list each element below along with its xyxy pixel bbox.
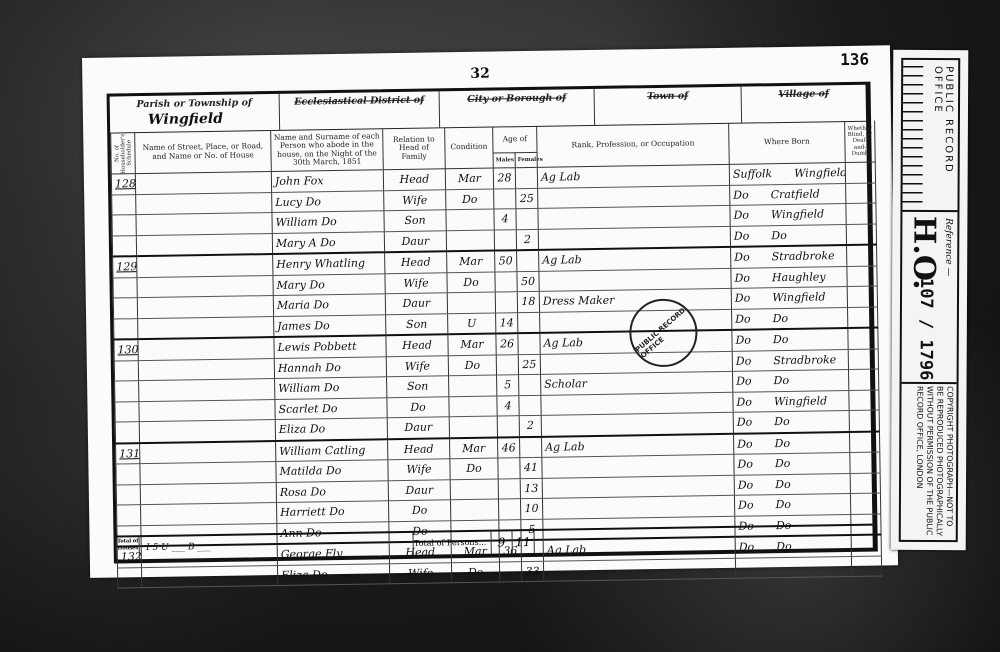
city-label: City or Borough of: [440, 89, 596, 127]
female-age: 25: [516, 188, 538, 209]
born-county: Do: [735, 334, 751, 347]
born-county: Do: [737, 437, 753, 450]
male-age: 4: [497, 395, 519, 416]
born-place: Do: [775, 457, 791, 470]
blind-cell: [846, 224, 876, 245]
born-county: Do: [734, 251, 750, 264]
occupation: [543, 558, 735, 582]
female-age: [517, 250, 539, 271]
person-name: Lewis Pobbett: [274, 335, 386, 358]
where-born: DoStradbroke: [732, 349, 848, 371]
born-place: Do: [774, 437, 790, 450]
col-street: Name of Street, Place, or Road, and Name…: [135, 130, 272, 174]
total-females: 11: [512, 531, 534, 553]
street-cell: [139, 399, 275, 422]
census-sheet: Parish or Township of Wingfield Ecclesia…: [107, 82, 878, 564]
occupation: Ag Lab: [539, 247, 731, 271]
born-place: Haughley: [772, 270, 826, 284]
relation: Son: [386, 313, 448, 335]
relation: Head: [383, 169, 445, 190]
person-name: Hannah Do: [274, 356, 386, 378]
street-cell: [138, 316, 274, 339]
blind-cell: [850, 452, 880, 473]
female-age: [520, 436, 542, 457]
street-cell: [137, 275, 273, 298]
where-born: DoWingfield: [730, 204, 846, 226]
occupation: [541, 412, 733, 436]
where-born: DoWingfield: [731, 287, 847, 309]
relation: Head: [385, 251, 447, 273]
census-table: No. of Householder's Schedule Name of St…: [110, 121, 882, 589]
male-age: [497, 416, 519, 437]
born-county: Do: [733, 209, 749, 222]
street-cell: [135, 172, 271, 195]
male-age: [494, 188, 516, 209]
blind-cell: [847, 286, 877, 307]
street-cell: [137, 296, 273, 319]
where-born: DoDo: [733, 431, 849, 454]
born-county: Do: [736, 395, 752, 408]
blind-cell: [848, 369, 878, 390]
female-age: 33: [521, 561, 543, 582]
condition: [450, 499, 498, 520]
born-county: Do: [737, 458, 753, 471]
born-place: Do: [773, 312, 789, 325]
street-cell: [139, 379, 275, 402]
reference-box: H.O. Reference — 107 / 1796: [902, 212, 958, 384]
born-place: Do: [775, 498, 791, 511]
total-persons-label: Total of Persons...: [413, 532, 490, 555]
born-county: Do: [737, 416, 753, 429]
col-relation: Relation to Head of Family: [383, 127, 446, 169]
col-occupation: Rank, Profession, or Occupation: [537, 123, 730, 168]
street-cell: [140, 462, 276, 485]
condition: [447, 292, 495, 313]
condition: Do: [447, 272, 495, 293]
born-county: Do: [735, 292, 751, 305]
blind-cell: [849, 390, 879, 411]
person-name: William Do: [275, 377, 387, 399]
female-age: [515, 167, 537, 188]
female-age: 41: [520, 457, 542, 478]
street-cell: [136, 192, 272, 215]
relation: Son: [384, 210, 446, 231]
schedule-no: [115, 422, 139, 443]
blind-cell: [849, 410, 879, 431]
born-place: Stradbroke: [773, 353, 836, 367]
schedule-no: [114, 318, 138, 339]
person-name: William Catling: [276, 439, 388, 462]
person-name: William Do: [272, 211, 384, 233]
female-age: 18: [517, 291, 539, 312]
male-age: 26: [496, 333, 518, 354]
folio-number: 136: [840, 50, 869, 69]
blind-cell: [848, 349, 878, 370]
blind-cell: [849, 431, 879, 452]
person-name: Rosa Do: [276, 480, 388, 502]
total-houses-value: I 5 U ___ B ___: [140, 533, 414, 559]
parish-label: Parish or Township of: [136, 97, 252, 110]
street-cell: [138, 358, 274, 381]
street-cell: [140, 441, 276, 464]
schedule-no: [113, 298, 137, 319]
schedule-no: 129: [113, 256, 137, 277]
born-county: Do: [734, 229, 750, 242]
male-age: [495, 292, 517, 313]
col-name: Name and Surname of each Person who abod…: [271, 128, 384, 171]
blind-cell: [848, 328, 878, 349]
col-where-born: Where Born: [729, 121, 846, 164]
street-cell: [136, 233, 272, 256]
total-houses-label: Total of Houses: [117, 537, 141, 559]
condition: Do: [448, 355, 496, 376]
female-age: [518, 333, 540, 354]
relation: Daur: [387, 417, 449, 439]
born-place: Do: [773, 333, 789, 346]
blind-cell: [851, 556, 881, 577]
person-name: Henry Whatling: [273, 252, 385, 275]
person-name: James Do: [274, 314, 386, 337]
reference-number: 107 / 1796: [916, 278, 937, 380]
male-age: [498, 478, 520, 499]
born-place: Do: [775, 478, 791, 491]
where-born: DoStradbroke: [731, 245, 847, 268]
condition: [449, 396, 497, 417]
street-cell: [142, 565, 278, 588]
male-age: [495, 271, 517, 292]
col-age-females: Females: [515, 152, 537, 167]
male-age: 28: [493, 168, 515, 189]
male-age: [494, 229, 516, 250]
schedule-no: [115, 381, 139, 402]
parish-cell: Parish or Township of Wingfield: [110, 94, 281, 133]
born-place: Wingfield: [774, 394, 827, 408]
person-name: Eliza Do: [275, 418, 387, 441]
census-page: 32 136 Parish or Township of Wingfield E…: [82, 45, 898, 578]
ecclesiastical-label: Ecclesiastical District of: [280, 91, 441, 130]
occupation: Ag Lab: [541, 433, 733, 457]
born-place: Stradbroke: [772, 249, 835, 263]
blind-cell: [846, 203, 876, 224]
reference-label: Reference —: [943, 218, 953, 276]
condition: Mar: [450, 437, 498, 459]
born-place: Do: [771, 229, 787, 242]
male-age: 5: [497, 375, 519, 396]
schedule-no: [116, 464, 140, 485]
born-place: Wingfield: [772, 291, 825, 305]
street-cell: [140, 482, 276, 505]
schedule-no: 130: [114, 339, 138, 360]
relation: Daur: [388, 479, 450, 500]
occupation: [538, 226, 730, 250]
person-name: John Fox: [271, 170, 383, 192]
schedule-no: [114, 360, 138, 381]
female-age: 2: [516, 229, 538, 250]
male-age: 14: [496, 312, 518, 333]
relation: Do: [387, 396, 449, 417]
female-age: [518, 312, 540, 333]
relation: Wife: [385, 272, 447, 293]
copyright-notice: COPYRIGHT PHOTOGRAPH—NOT TO BE REPRODUCE…: [903, 386, 955, 538]
male-age: 46: [498, 437, 520, 458]
relation: Do: [388, 500, 450, 521]
condition: Do: [446, 189, 494, 210]
condition: [450, 479, 498, 500]
ruler-title: PUBLIC RECORD OFFICE: [931, 66, 954, 210]
col-condition: Condition: [445, 127, 494, 169]
female-age: [519, 395, 541, 416]
street-cell: [139, 420, 275, 443]
born-place: Wingfield: [771, 208, 824, 222]
where-born: DoDo: [733, 410, 849, 433]
relation: Wife: [388, 459, 450, 480]
relation: Wife: [386, 355, 448, 376]
where-born: DoDo: [732, 307, 848, 330]
blind-cell: [847, 245, 877, 266]
schedule-no: 131: [116, 443, 140, 464]
where-born: DoHaughley: [731, 266, 847, 288]
blind-cell: [846, 183, 876, 204]
schedule-no: [115, 401, 139, 422]
blind-cell: [848, 307, 878, 328]
born-place: Wingfield: [794, 166, 846, 180]
condition: Mar: [448, 334, 496, 356]
where-born: DoDo: [730, 224, 846, 247]
where-born: DoDo: [733, 369, 849, 391]
male-age: [498, 458, 520, 479]
blind-cell: [845, 162, 875, 183]
schedule-no: [112, 215, 136, 236]
person-name: Scarlet Do: [275, 397, 387, 419]
female-age: 10: [520, 498, 542, 519]
condition: [449, 416, 497, 438]
born-county: Do: [738, 499, 754, 512]
street-cell: [141, 502, 277, 525]
person-name: Maria Do: [273, 294, 385, 316]
blind-cell: [850, 493, 880, 514]
parish-value: Wingfield: [148, 111, 223, 128]
male-age: 50: [495, 250, 517, 271]
condition: [449, 375, 497, 396]
female-age: [519, 374, 541, 395]
census-rows: 128John FoxHeadMar28Ag LabSuffolkWingfie…: [111, 162, 881, 588]
person-name: Lucy Do: [272, 190, 384, 212]
where-born: DoDo: [734, 493, 850, 515]
female-age: 50: [517, 271, 539, 292]
female-age: 2: [519, 415, 541, 436]
born-county: Do: [735, 312, 751, 325]
born-county: Do: [736, 354, 752, 367]
person-name: Harriett Do: [277, 501, 389, 523]
condition: Mar: [445, 168, 493, 189]
blind-cell: [850, 473, 880, 494]
schedule-no: [113, 277, 137, 298]
street-cell: [136, 213, 272, 236]
person-name: Mary Do: [273, 273, 385, 295]
ruler-frame: PUBLIC RECORD OFFICE H.O. Reference — 10…: [899, 58, 961, 542]
where-born: [735, 556, 851, 578]
female-age: 13: [520, 478, 542, 499]
total-males: 9: [490, 531, 512, 553]
born-place: Do: [774, 415, 790, 428]
relation: Head: [386, 334, 448, 356]
schedule-no: [112, 194, 136, 215]
relation: Wife: [389, 562, 451, 583]
schedule-no: [117, 505, 141, 526]
col-age: Age of: [493, 126, 537, 153]
reference-ruler: PUBLIC RECORD OFFICE H.O. Reference — 10…: [891, 50, 969, 550]
where-born: SuffolkWingfield: [729, 163, 845, 185]
relation: Head: [388, 438, 450, 460]
born-place: Cratfield: [771, 187, 820, 201]
relation: Daur: [384, 230, 446, 252]
blind-cell: [847, 266, 877, 287]
schedule-no: [118, 567, 142, 588]
relation: Wife: [384, 189, 446, 210]
born-county: Do: [733, 188, 749, 201]
born-place: Do: [774, 374, 790, 387]
condition: Do: [451, 562, 499, 583]
ruler-ticks: [902, 66, 923, 206]
male-age: [498, 499, 520, 520]
female-age: [516, 208, 538, 229]
person-name: Matilda Do: [276, 460, 388, 482]
born-county: Do: [736, 375, 752, 388]
condition: [446, 209, 494, 230]
schedule-no: [112, 235, 136, 256]
schedule-no: [116, 484, 140, 505]
street-cell: [138, 337, 274, 360]
schedule-no: 128: [111, 174, 135, 195]
born-county: Do: [738, 478, 754, 491]
where-born: DoWingfield: [733, 390, 849, 412]
female-age: 25: [518, 354, 540, 375]
condition: Do: [450, 458, 498, 479]
where-born: DoDo: [734, 473, 850, 495]
condition: U: [448, 313, 496, 335]
town-label: Town of: [595, 87, 743, 125]
male-age: [499, 561, 521, 582]
col-schedule: No. of Householder's Schedule: [111, 132, 136, 174]
ruler-scale: PUBLIC RECORD OFFICE: [902, 60, 958, 212]
col-blind: Whether Blind, or Deaf-and-Dumb: [845, 121, 876, 163]
male-age: [496, 354, 518, 375]
where-born: DoDo: [732, 328, 848, 351]
born-county: Suffolk: [733, 167, 772, 181]
born-county: Do: [734, 271, 750, 284]
folio-small: 32: [470, 66, 490, 82]
male-age: 4: [494, 209, 516, 230]
person-name: Eliza Do: [277, 563, 389, 585]
condition: [446, 230, 494, 252]
where-born: DoDo: [734, 452, 850, 474]
village-label: Village of: [742, 85, 867, 123]
col-age-males: Males: [493, 153, 515, 168]
person-name: Mary A Do: [272, 231, 384, 254]
street-cell: [137, 254, 273, 277]
where-born: DoCratfield: [730, 183, 846, 205]
relation: Daur: [385, 293, 447, 314]
relation: Son: [387, 376, 449, 397]
condition: Mar: [447, 251, 495, 273]
